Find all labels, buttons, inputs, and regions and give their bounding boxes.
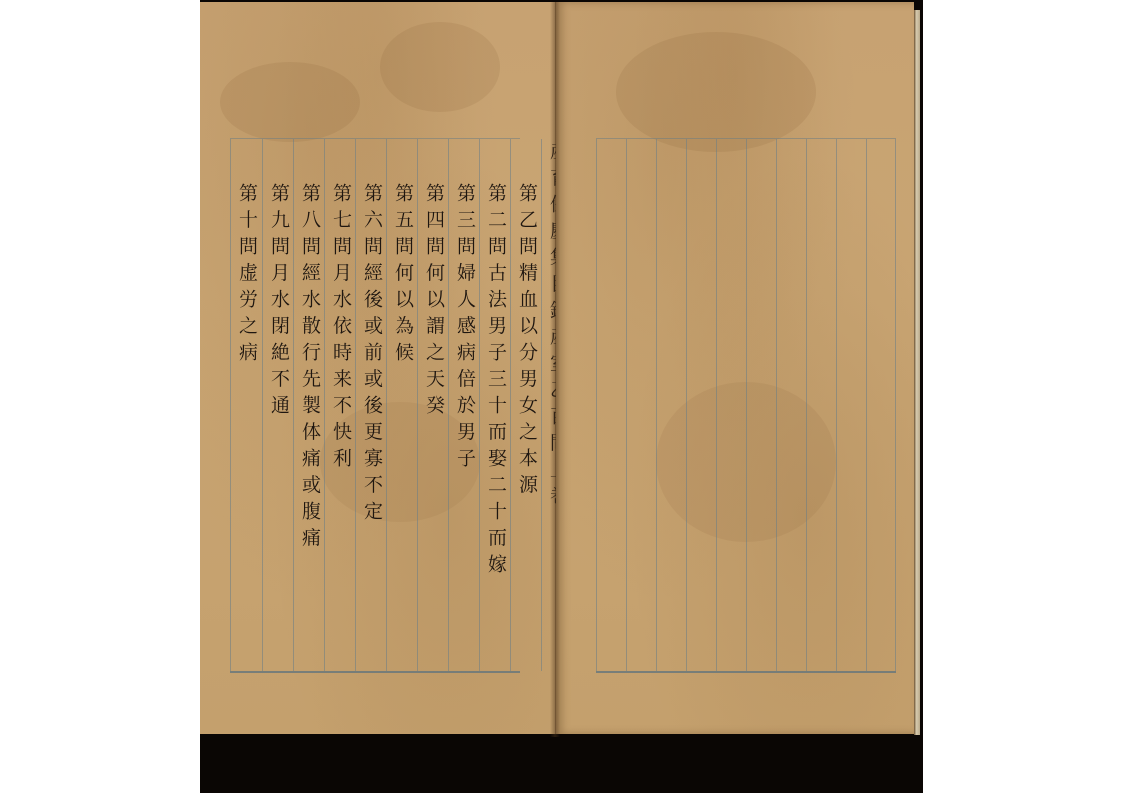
- toc-entry-text: 第四問何以謂之天癸: [419, 183, 449, 422]
- paper-stain: [220, 62, 360, 142]
- toc-entry-4: 第四問何以謂之天癸: [419, 183, 449, 422]
- right-page: [556, 2, 914, 734]
- toc-entry-text: 第乙問精血以分男女之本源: [512, 183, 542, 501]
- toc-entry-5: 第五問何以為候: [388, 183, 418, 369]
- toc-entry-9: 第九問月水閉絶不通: [264, 183, 294, 422]
- toc-entry-text: 第九問月水閉絶不通: [264, 183, 294, 422]
- toc-entry-text: 第五問何以為候: [388, 183, 418, 369]
- toc-entry-7: 第七問月水依時来不快利: [326, 183, 356, 475]
- toc-entry-text: 第三問婦人感病倍於男子: [450, 183, 480, 475]
- paper-stain: [380, 22, 500, 112]
- toc-entry-text: 第八問經水散行先製体痛或腹痛: [295, 183, 325, 554]
- toc-entry-3: 第三問婦人感病倍於男子: [450, 183, 480, 475]
- scan-background: 産育保慶集目録産室乙百問上巻 第乙問精血以分男女之本源 第二問古法男子三十而娶二…: [200, 0, 923, 793]
- toc-entry-text: 第六問經後或前或後更寡不定: [357, 183, 387, 528]
- book-gutter: [550, 2, 560, 737]
- left-page: 産育保慶集目録産室乙百問上巻 第乙問精血以分男女之本源 第二問古法男子三十而娶二…: [200, 2, 556, 734]
- toc-entry-2: 第二問古法男子三十而娶二十而嫁: [481, 183, 511, 581]
- toc-entry-8: 第八問經水散行先製体痛或腹痛: [295, 183, 325, 554]
- ruled-grid-left: 産育保慶集目録産室乙百問上巻 第乙問精血以分男女之本源 第二問古法男子三十而娶二…: [230, 138, 520, 673]
- paper-stain: [616, 32, 816, 152]
- page-stack-edge: [914, 10, 920, 735]
- toc-entry-text: 第二問古法男子三十而娶二十而嫁: [481, 183, 511, 581]
- toc-entry-10: 第十問虚労之病: [232, 183, 262, 369]
- toc-entry-text: 第十問虚労之病: [232, 183, 262, 369]
- toc-entry-text: 第七問月水依時来不快利: [326, 183, 356, 475]
- ruled-grid-right: [596, 138, 896, 673]
- toc-entry-6: 第六問經後或前或後更寡不定: [357, 183, 387, 528]
- toc-entry-1: 第乙問精血以分男女之本源: [512, 183, 542, 501]
